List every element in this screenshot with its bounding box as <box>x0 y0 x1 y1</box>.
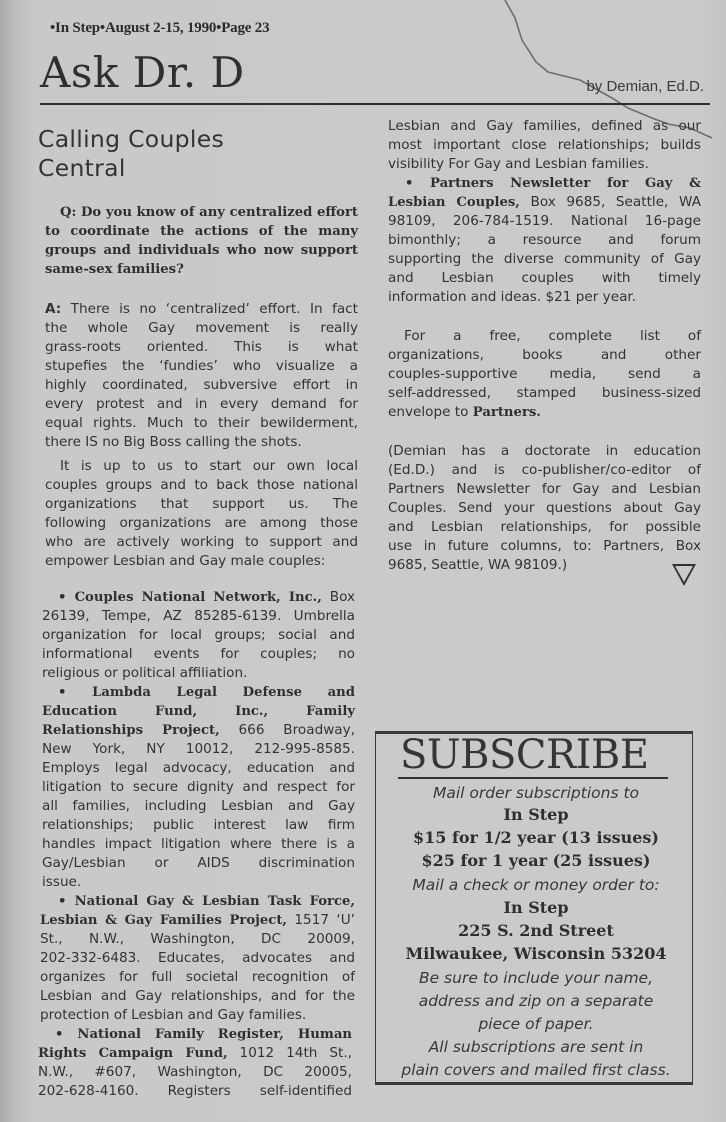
newspaper-page: •In Step•August 2-15, 1990•Page 23 Ask D… <box>0 0 726 1122</box>
org-line: information and ideas. $21 per year. <box>388 288 701 307</box>
org-text: Box 9685, Seattle, WA <box>520 194 701 210</box>
bio-line: use in future columns, to: Partners, Box <box>388 537 701 556</box>
subscribe-line: Mail order subscriptions to <box>378 781 694 805</box>
subscribe-line: In Step <box>378 896 694 920</box>
subscribe-line: Milwaukee, Wisconsin 53204 <box>378 942 694 966</box>
subscribe-title: SUBSCRIBE <box>400 733 649 777</box>
bio-line: (Ed.D.) and is co-publisher/co-editor of <box>388 461 701 480</box>
paragraph-line: self-addressed, stamped business-sized <box>388 384 701 403</box>
subscribe-line: $15 for 1/2 year (13 issues) <box>378 826 694 850</box>
subscribe-line: Be sure to include your name, <box>378 966 694 990</box>
subscribe-line: $25 for 1 year (25 issues) <box>378 849 694 873</box>
paragraph-line: most important close relationships; buil… <box>388 136 701 155</box>
org-line: supporting the diverse community of Gay <box>388 250 701 269</box>
bio-line: Couples. Send your questions about Gay <box>388 499 701 518</box>
end-mark-triangle-icon <box>672 564 696 586</box>
subscribe-line: 225 S. 2nd Street <box>378 919 694 943</box>
subscribe-line: All subscriptions are sent in <box>378 1035 694 1059</box>
subscribe-line: Mail a check or money order to: <box>378 873 694 897</box>
org-name-line: • Partners Newsletter for Gay & <box>405 174 701 193</box>
subscribe-line: In Step <box>378 803 694 827</box>
paragraph-line: For a free, complete list of <box>404 327 701 346</box>
bio-line: and Lesbian relationships, for possible <box>388 518 701 537</box>
paragraph-line: Lesbian and Gay families, defined as our <box>388 117 701 136</box>
subscribe-line: piece of paper. <box>378 1012 694 1036</box>
paragraph-line: envelope to Partners. <box>388 403 701 422</box>
org-name: Lesbian Couples, <box>388 195 520 210</box>
subscribe-line: address and zip on a separate <box>378 989 694 1013</box>
org-line: 98109, 206-784-1519. National 16-page <box>388 212 701 231</box>
subscribe-line: plain covers and mailed first class. <box>378 1058 694 1082</box>
paragraph-line: organizations, books and other <box>388 346 701 365</box>
subscribe-rule <box>398 777 668 779</box>
org-line: bimonthly; a resource and forum <box>388 231 701 250</box>
org-line: Lesbian Couples, Box 9685, Seattle, WA <box>388 193 701 212</box>
bio-line: Partners Newsletter for Gay and Lesbian <box>388 480 701 499</box>
offer-text: envelope to <box>388 404 473 420</box>
paragraph-line: couples-supportive media, send a <box>388 365 701 384</box>
bio-line: 9685, Seattle, WA 98109.) <box>388 556 701 575</box>
partners-bold: Partners. <box>473 405 541 420</box>
org-line: and Lesbian couples with timely <box>388 269 701 288</box>
paragraph-line: visibility For Gay and Lesbian families. <box>388 155 701 174</box>
bio-line: (Demian has a doctorate in education <box>388 442 701 461</box>
